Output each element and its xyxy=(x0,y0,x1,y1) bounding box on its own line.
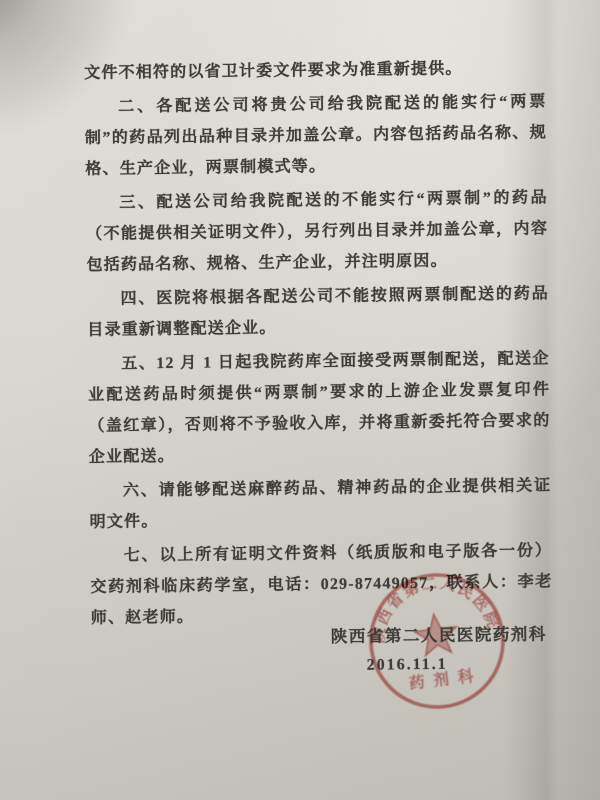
paragraph-item-3: 三、配送公司给我院配送的不能实行“两票制”的药品（不能提供相关证明文件），另行列… xyxy=(86,182,549,281)
paragraph-item-6: 六、请能够配送麻醉药品、精神药品的企业提供相关证明文件。 xyxy=(89,470,552,538)
paragraph-item-5: 五、12 月 1 日起我院药库全面接受两票制配送，配送企业配送药品时须提供“两票… xyxy=(88,343,551,473)
paragraph-item-4: 四、医院将根据各配送公司不能按照两票制配送的药品目录重新调整配送企业。 xyxy=(87,278,550,346)
paragraph-item-2: 二、各配送公司将贵公司给我院配送的能实行“两票制”的药品列出品种目录并加盖公章。… xyxy=(84,86,547,185)
paragraph-continuation: 文件不相符的以省卫计委文件要求为准重新提供。 xyxy=(84,52,546,89)
signature-block: 陕西省第二人民医院药剂科 2016.11.1 xyxy=(307,621,548,676)
document-photo: 文件不相符的以省卫计委文件要求为准重新提供。 二、各配送公司将贵公司给我院配送的… xyxy=(0,0,600,800)
signature-line: 陕西省第二人民医院药剂科 xyxy=(307,621,547,648)
date-line: 2016.11.1 xyxy=(307,655,547,676)
